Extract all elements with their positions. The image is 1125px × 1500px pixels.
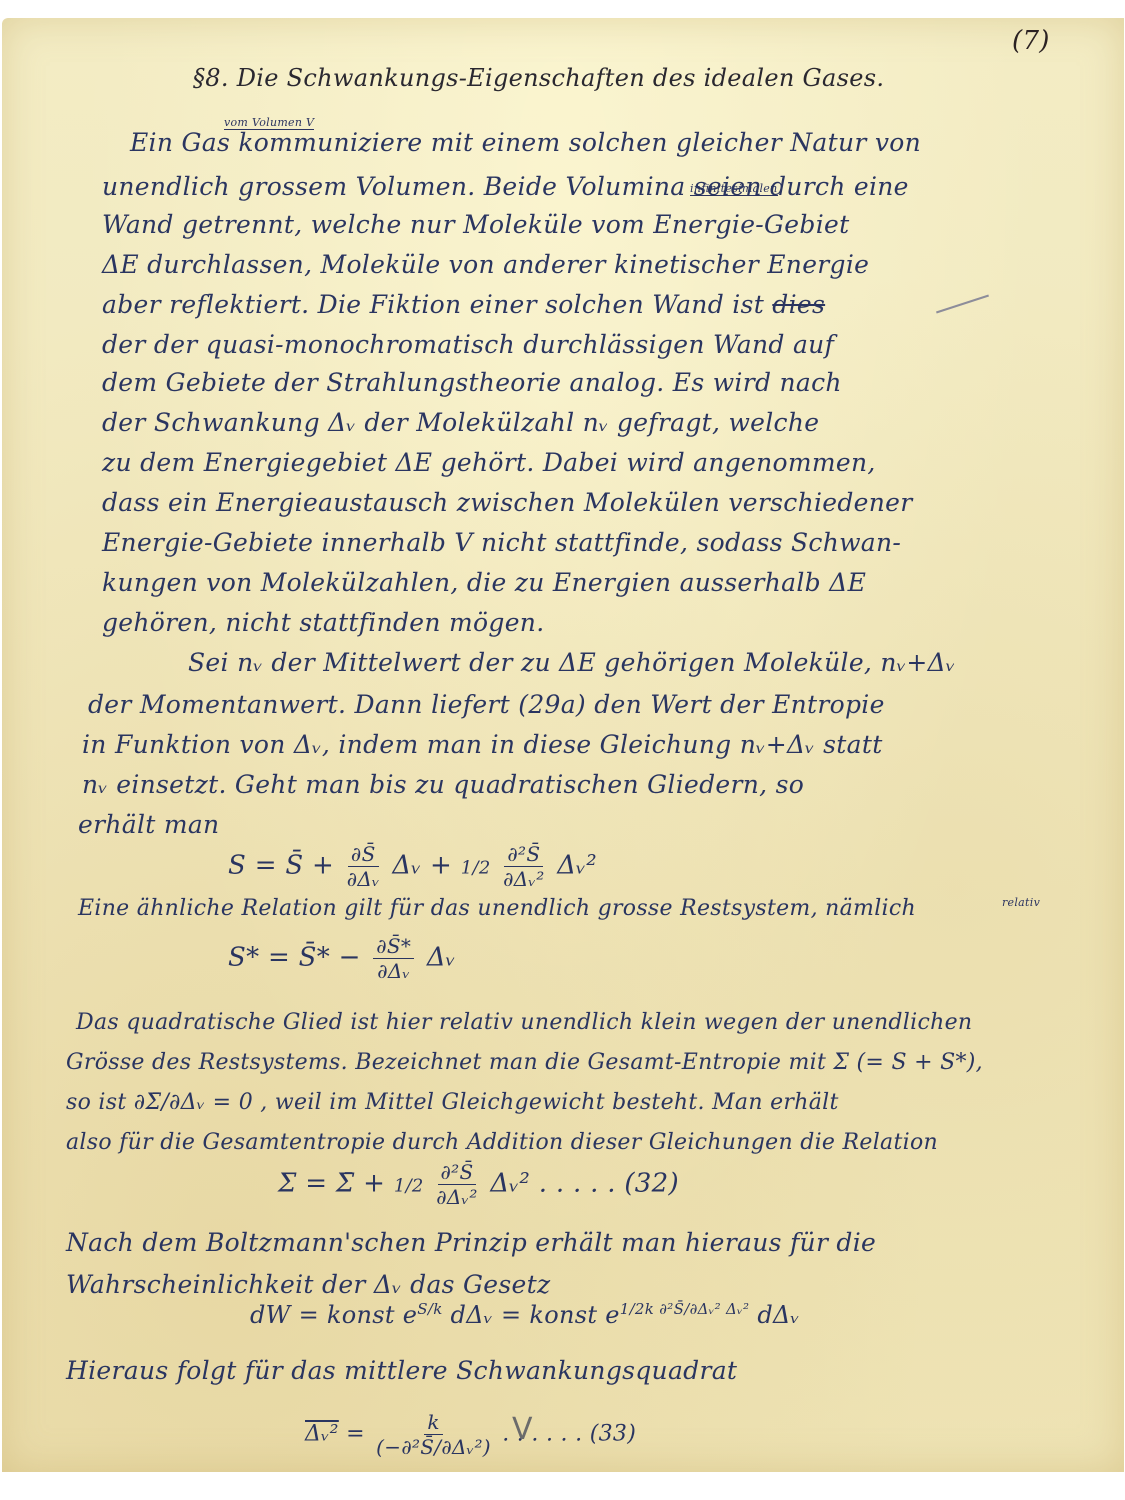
den-den: ∂Δᵥ² xyxy=(441,1435,482,1459)
text-line: in Funktion von Δᵥ, indem man in diese G… xyxy=(82,730,883,759)
fraction: k (−∂²S̄/∂Δᵥ²) xyxy=(376,1410,491,1459)
variable: Δᵥ xyxy=(427,943,456,973)
text-line: Wahrscheinlichkeit der Δᵥ das Gesetz xyxy=(66,1270,550,1299)
struck-word: dies xyxy=(772,290,825,319)
insertion-relativ: relativ xyxy=(1002,896,1040,909)
variable: Δᵥ² xyxy=(726,1300,749,1318)
eq-lhs: Σ xyxy=(278,1169,297,1199)
denominator: ∂Δᵥ² xyxy=(436,1185,477,1209)
denominator: ∂Δᵥ² xyxy=(690,1300,721,1318)
equation-probability: dW = konst eS/k dΔᵥ = konst e1/2k ∂²S̄/∂… xyxy=(250,1300,800,1329)
half: 1/2 xyxy=(461,858,491,879)
text-line: Energie-Gebiete innerhalb V nicht stattf… xyxy=(102,528,901,557)
fraction: ∂²S̄ ∂Δᵥ² xyxy=(436,1160,477,1209)
text: aber reflektiert. Die Fiktion einer solc… xyxy=(102,290,764,319)
text-line: ΔE durchlassen, Moleküle von anderer kin… xyxy=(102,250,869,279)
text-line: dass ein Energieaustausch zwischen Molek… xyxy=(102,488,913,517)
numerator: ∂²S̄ xyxy=(659,1300,684,1318)
text-line: aber reflektiert. Die Fiktion einer solc… xyxy=(102,290,825,319)
equation-rest-entropy: S* = S̄* − ∂S̄* ∂Δᵥ Δᵥ xyxy=(228,934,456,983)
numerator: ∂S̄ xyxy=(348,842,379,867)
eq-lhs: S xyxy=(228,851,246,881)
text-line: Sei nᵥ der Mittelwert der zu ΔE gehörige… xyxy=(188,648,956,677)
page-number: (7) xyxy=(1012,26,1050,56)
sign: − xyxy=(384,1435,401,1459)
fraction: ∂S̄ ∂Δᵥ xyxy=(347,842,380,891)
half: 1/2 xyxy=(394,1176,424,1197)
eq-lhs: S* xyxy=(228,943,259,973)
text-line: Eine ähnliche Relation gilt für das unen… xyxy=(78,896,916,921)
numerator: ∂²S̄ xyxy=(504,842,543,867)
text-line: gehören, nicht stattfinden mögen. xyxy=(102,608,544,637)
differential: dΔᵥ xyxy=(451,1301,494,1329)
denominator: ∂Δᵥ xyxy=(347,867,380,891)
exponent: 1/2k ∂²S̄/∂Δᵥ² Δᵥ² xyxy=(620,1300,750,1318)
equation-entropy: S = S̄ + ∂S̄ ∂Δᵥ Δᵥ + 1/2 ∂²S̄ ∂Δᵥ² Δᵥ² xyxy=(228,842,597,891)
text-line: der Momentanwert. Dann liefert (29a) den… xyxy=(88,690,885,719)
eq-mean: S̄* xyxy=(299,943,330,973)
text-line: so ist ∂Σ̄/∂Δᵥ = 0 , weil im Mittel Glei… xyxy=(66,1090,839,1115)
section-heading: §8. Die Schwankungs-Eigenschaften des id… xyxy=(193,64,884,92)
text-line: Grösse des Restsystems. Bezeichnet man d… xyxy=(66,1050,983,1075)
coeff: 1/2k xyxy=(620,1300,654,1318)
text-line: zu dem Energiegebiet ΔE gehört. Dabei wi… xyxy=(102,448,876,477)
text-line: Hieraus folgt für das mittlere Schwankun… xyxy=(66,1356,737,1385)
text-line: Nach dem Boltzmann'schen Prinzip erhält … xyxy=(66,1228,876,1257)
denominator: ∂Δᵥ² xyxy=(503,867,544,891)
exponent: S/k xyxy=(417,1300,442,1318)
konst: konst xyxy=(529,1301,597,1329)
eq-lhs: dW xyxy=(250,1301,291,1329)
text-line: Wand getrennt, welche nur Moleküle vom E… xyxy=(102,210,849,239)
eq-lhs: Δᵥ² xyxy=(305,1422,339,1447)
konst: konst xyxy=(327,1301,395,1329)
den-num: ∂²S̄ xyxy=(401,1435,434,1459)
text-line: dem Gebiete der Strahlungstheorie analog… xyxy=(102,368,842,397)
text-line: also für die Gesamtentropie durch Additi… xyxy=(66,1130,938,1155)
fraction: ∂²S̄ ∂Δᵥ² xyxy=(503,842,544,891)
differential: dΔᵥ xyxy=(757,1301,800,1329)
numerator: ∂²S̄ xyxy=(438,1160,477,1185)
text-line: Das quadratische Glied ist hier relativ … xyxy=(76,1010,972,1035)
text-line: unendlich grossem Volumen. Beide Volumin… xyxy=(102,172,909,201)
margin-mark: V xyxy=(512,1412,533,1447)
denominator: ∂Δᵥ xyxy=(377,959,410,983)
variable: Δᵥ² xyxy=(557,851,597,881)
variable: Δᵥ² xyxy=(490,1169,530,1199)
denominator: (−∂²S̄/∂Δᵥ²) xyxy=(376,1435,491,1459)
text-line: Ein Gas kommuniziere mit einem solchen g… xyxy=(130,128,921,157)
fraction: ∂S̄* ∂Δᵥ xyxy=(373,934,414,983)
text-line: der Schwankung Δᵥ der Molekülzahl nᵥ gef… xyxy=(102,408,819,437)
eq-mean: Σ̄ xyxy=(336,1169,355,1199)
text-line: erhält man xyxy=(78,810,219,839)
variable: Δᵥ xyxy=(392,851,421,881)
eq-mean: S̄ xyxy=(285,851,303,881)
numerator: k xyxy=(424,1410,442,1435)
text-line: nᵥ einsetzt. Geht man bis zu quadratisch… xyxy=(82,770,804,799)
equation-33: Δᵥ² = k (−∂²S̄/∂Δᵥ²) . . . . . . (33) xyxy=(305,1410,636,1459)
equation-number: . . . . . (32) xyxy=(539,1169,679,1199)
text-line: kungen von Molekülzahlen, die zu Energie… xyxy=(102,568,866,597)
numerator: ∂S̄* xyxy=(373,934,414,959)
equation-32: Σ = Σ̄ + 1/2 ∂²S̄ ∂Δᵥ² Δᵥ² . . . . . (32… xyxy=(278,1160,679,1209)
text-line: der der quasi-monochromatisch durchlässi… xyxy=(102,330,834,359)
